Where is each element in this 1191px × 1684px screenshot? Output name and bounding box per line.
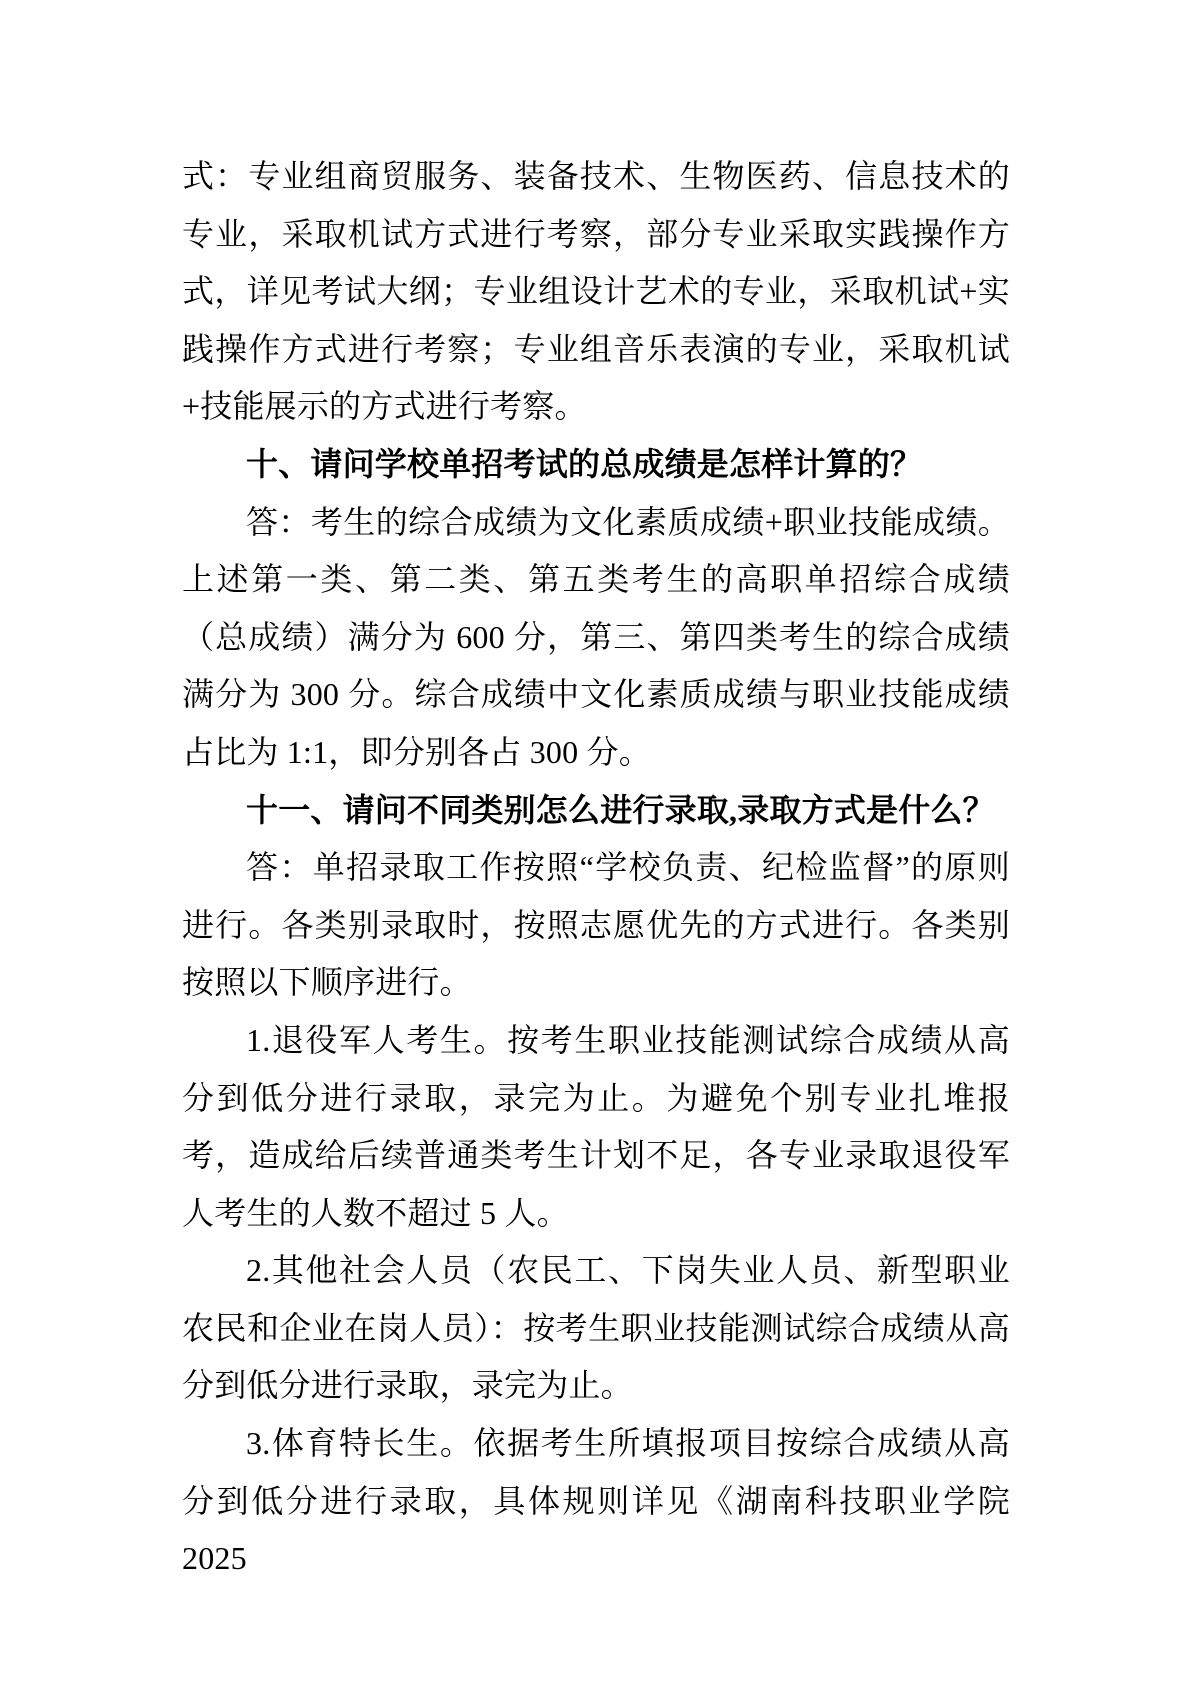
- heading-question-10: 十、请问学校单招考试的总成绩是怎样计算的？: [182, 436, 1010, 494]
- list-item-1-veteran-candidates: 1.退役军人考生。按考生职业技能测试综合成绩从高分到低分进行录取，录完为止。为避…: [182, 1012, 1010, 1242]
- list-item-3-sports-specialty-students: 3.体育特长生。依据考生所填报项目按综合成绩从高分到低分进行录取，具体规则详见《…: [182, 1415, 1010, 1588]
- paragraph-exam-format-continuation: 式：专业组商贸服务、装备技术、生物医药、信息技术的专业，采取机试方式进行考察，部…: [182, 148, 1010, 436]
- list-item-2-other-social-personnel: 2.其他社会人员（农民工、下岗失业人员、新型职业农民和企业在岗人员）：按考生职业…: [182, 1242, 1010, 1415]
- paragraph-question-11-answer: 答：单招录取工作按照“学校负责、纪检监督”的原则进行。各类别录取时，按照志愿优先…: [182, 839, 1010, 1012]
- heading-question-11: 十一、请问不同类别怎么进行录取,录取方式是什么？: [182, 782, 1010, 840]
- paragraph-question-10-answer: 答：考生的综合成绩为文化素质成绩+职业技能成绩。上述第一类、第二类、第五类考生的…: [182, 494, 1010, 782]
- document-page: 式：专业组商贸服务、装备技术、生物医药、信息技术的专业，采取机试方式进行考察，部…: [0, 0, 1191, 1684]
- document-body: 式：专业组商贸服务、装备技术、生物医药、信息技术的专业，采取机试方式进行考察，部…: [182, 148, 1010, 1588]
